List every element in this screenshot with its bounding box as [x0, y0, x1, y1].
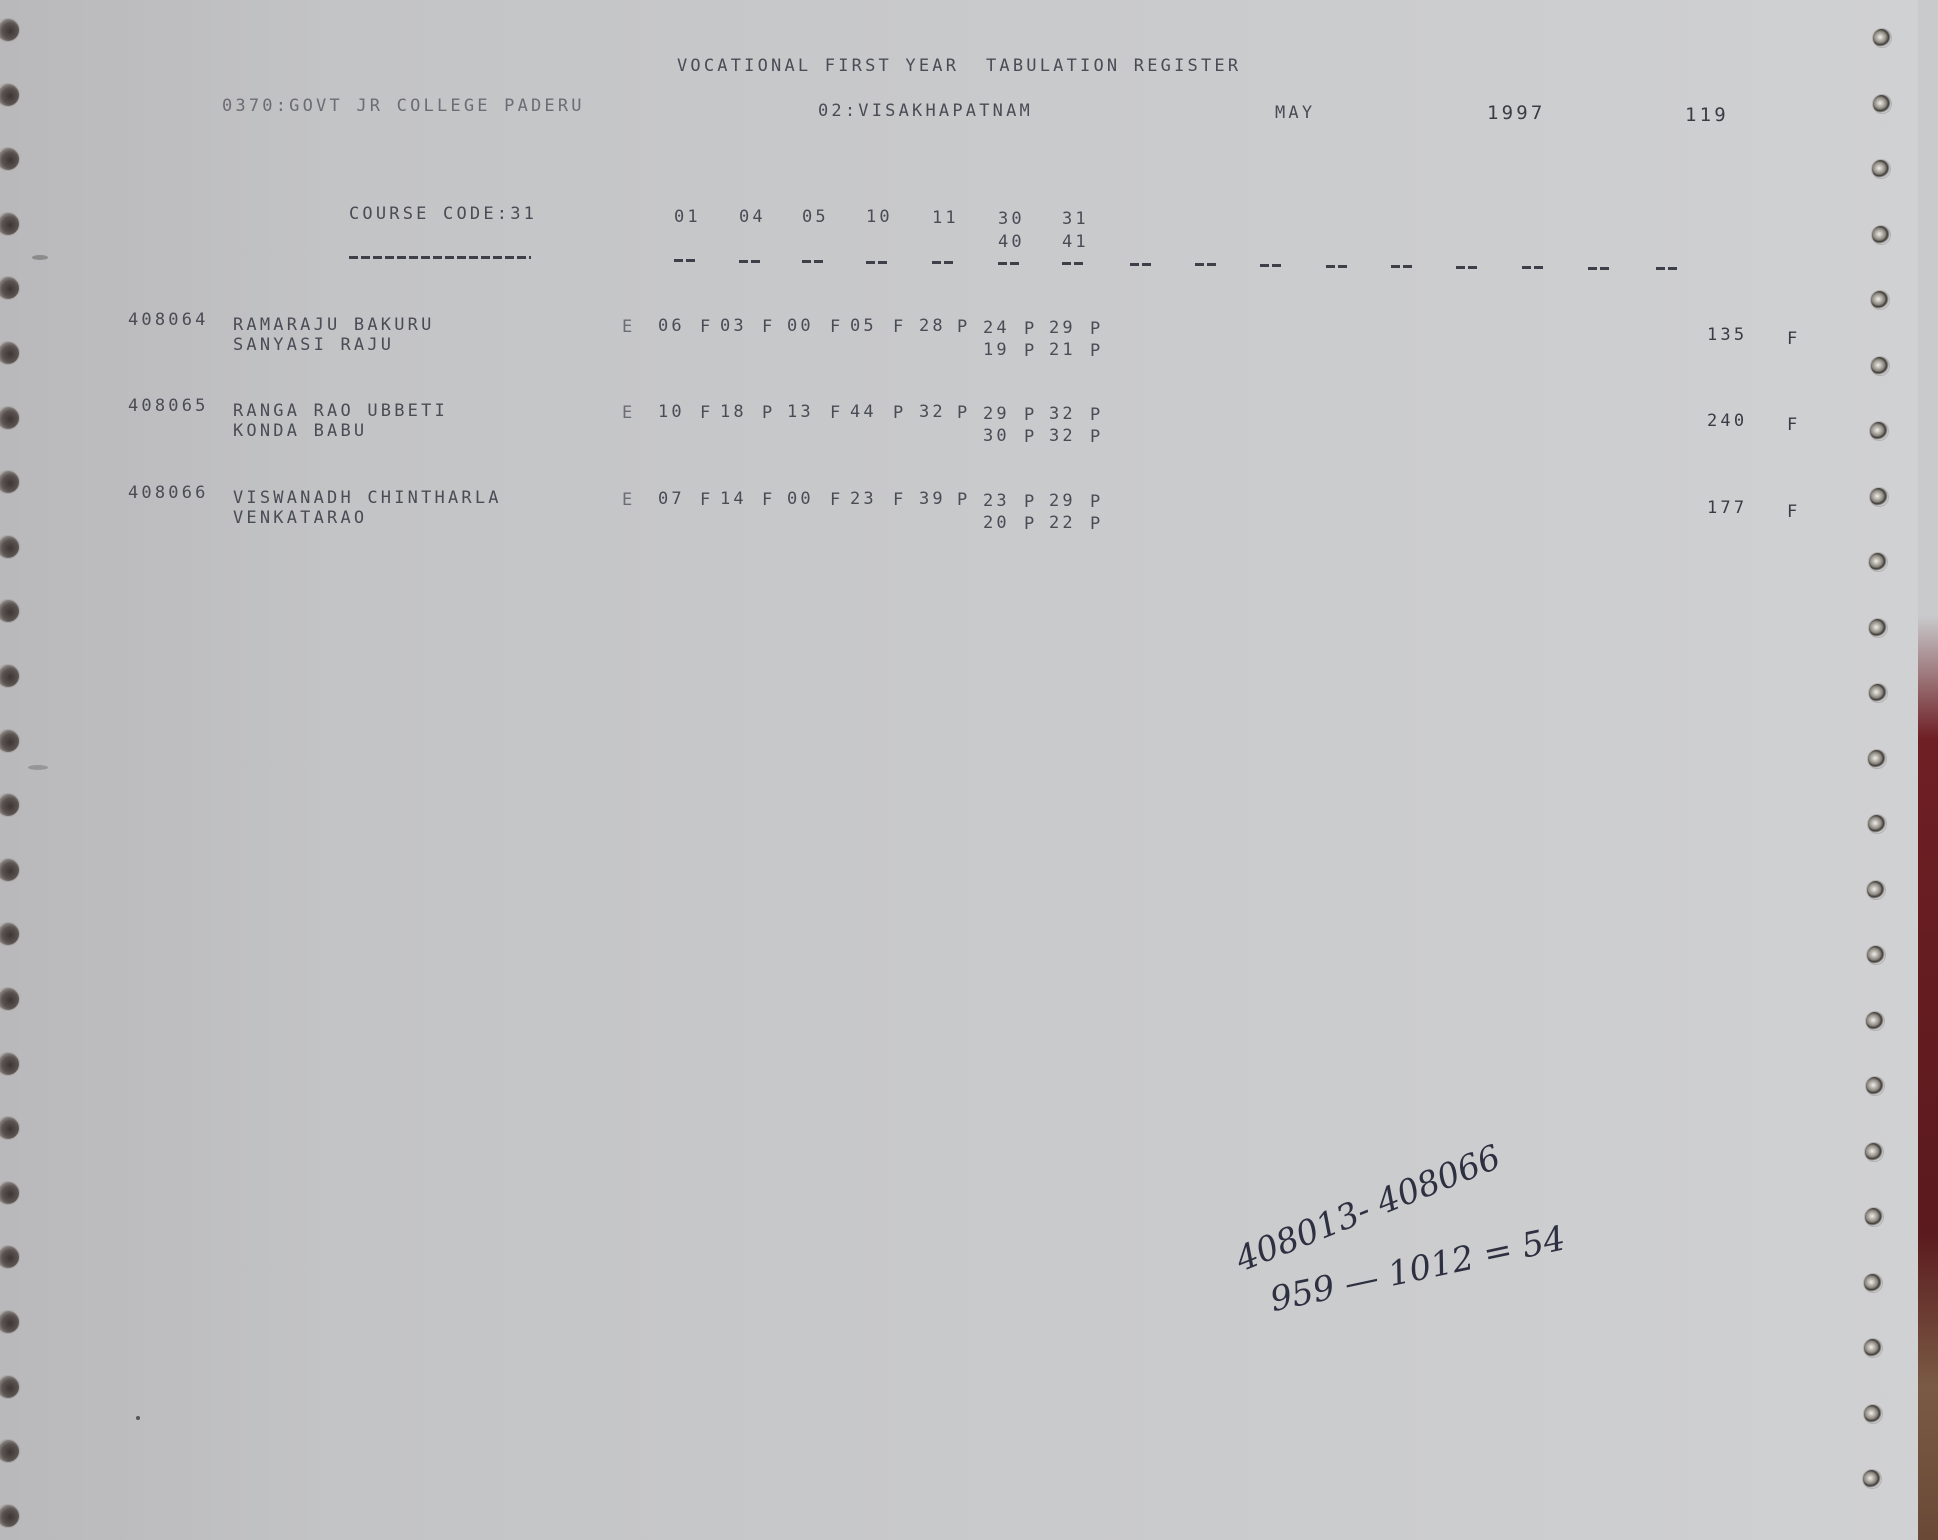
subject-code-second-line: 41	[1062, 234, 1089, 251]
subject-result: P	[1090, 494, 1103, 511]
sprocket-hole	[1865, 1011, 1885, 1031]
subject-marks-part2: 32	[1049, 428, 1076, 445]
final-result: F	[1787, 417, 1800, 434]
column-separator	[1588, 267, 1610, 270]
sprocket-hole	[0, 147, 20, 171]
student-name: RANGA RAO UBBETI	[233, 403, 448, 420]
sprocket-hole	[1872, 94, 1892, 114]
column-separator	[1326, 265, 1348, 268]
subject-code: 04	[739, 209, 766, 226]
sprocket-hole	[1864, 1142, 1884, 1162]
sprocket-hole	[0, 406, 20, 430]
sprocket-hole	[1864, 1207, 1884, 1227]
sprocket-hole	[0, 664, 20, 688]
subject-result: P	[1024, 321, 1037, 338]
subject-marks: 24	[983, 320, 1010, 337]
sprocket-hole	[1862, 1469, 1882, 1489]
subject-marks: 00	[787, 318, 814, 335]
page-number: 119	[1685, 106, 1729, 125]
subject-result: F	[700, 405, 713, 422]
subject-marks: 23	[983, 493, 1010, 510]
subject-code: 10	[866, 209, 893, 226]
subject-code: 01	[674, 209, 701, 226]
sprocket-hole	[0, 1439, 20, 1463]
subject-marks-part2: 30	[983, 428, 1010, 445]
total-marks: 135	[1707, 327, 1747, 344]
subject-marks: 32	[1049, 406, 1076, 423]
paper-mark	[28, 765, 48, 770]
column-separator	[1130, 263, 1152, 266]
sprocket-hole	[0, 470, 20, 494]
subject-result: F	[830, 319, 843, 336]
subject-code: 05	[802, 209, 829, 226]
left-tractor-feed-holes	[0, 0, 30, 1540]
subject-result: F	[762, 492, 775, 509]
sprocket-hole	[0, 341, 20, 365]
sprocket-hole	[1870, 356, 1890, 376]
register-title: VOCATIONAL FIRST YEAR TABULATION REGISTE…	[677, 58, 1241, 75]
subject-result: P	[893, 405, 906, 422]
sprocket-hole	[1869, 421, 1889, 441]
sprocket-hole	[1867, 749, 1887, 769]
subject-result: P	[957, 492, 970, 509]
subject-marks: 14	[720, 491, 747, 508]
subject-result: P	[957, 405, 970, 422]
sprocket-hole	[0, 793, 20, 817]
column-separator	[1391, 265, 1413, 268]
roll-number: 408065	[128, 398, 209, 415]
subject-marks: 13	[787, 404, 814, 421]
course-code-label: COURSE CODE:31	[349, 206, 537, 223]
subject-code: 31	[1062, 211, 1089, 228]
district-code-name: 02:VISAKHAPATNAM	[818, 103, 1033, 120]
sprocket-hole	[1871, 159, 1891, 179]
right-tractor-feed-holes	[1858, 0, 1898, 1540]
sprocket-hole	[1872, 28, 1892, 48]
sprocket-hole	[0, 83, 20, 107]
column-separator	[1062, 262, 1084, 265]
sprocket-hole	[1863, 1404, 1883, 1424]
sprocket-hole	[0, 922, 20, 946]
subject-result: F	[830, 405, 843, 422]
subject-marks: 07	[658, 491, 685, 508]
subject-result-part2: P	[1090, 429, 1103, 446]
total-marks: 177	[1707, 500, 1747, 517]
subject-marks: 06	[658, 318, 685, 335]
sprocket-hole	[1863, 1338, 1883, 1358]
subject-result: F	[762, 319, 775, 336]
column-separator	[998, 262, 1020, 265]
column-separator	[866, 261, 888, 264]
column-separator	[1656, 267, 1678, 270]
paper-mark	[32, 255, 48, 260]
sprocket-hole	[0, 18, 20, 42]
column-separator	[1260, 264, 1282, 267]
sprocket-hole	[0, 1116, 20, 1140]
subject-marks: 23	[850, 491, 877, 508]
subject-marks: 32	[919, 404, 946, 421]
sprocket-hole	[0, 599, 20, 623]
medium-code: E	[622, 405, 635, 422]
subject-marks-part2: 19	[983, 342, 1010, 359]
sprocket-hole	[0, 1375, 20, 1399]
final-result: F	[1787, 331, 1800, 348]
sprocket-hole	[0, 1504, 20, 1528]
subject-marks-part2: 22	[1049, 515, 1076, 532]
subject-result: F	[700, 492, 713, 509]
subject-marks: 05	[850, 318, 877, 335]
roll-number: 408066	[128, 485, 209, 502]
subject-marks: 29	[1049, 493, 1076, 510]
subject-result-part2: P	[1024, 516, 1037, 533]
subject-marks: 28	[919, 318, 946, 335]
sprocket-hole	[1868, 552, 1888, 572]
subject-code-second-line: 40	[998, 234, 1025, 251]
printout-sheet: VOCATIONAL FIRST YEAR TABULATION REGISTE…	[0, 0, 1918, 1540]
subject-result-part2: P	[1024, 429, 1037, 446]
sprocket-hole	[0, 858, 20, 882]
subject-result: P	[1090, 407, 1103, 424]
student-father-name: SANYASI RAJU	[233, 337, 394, 354]
sprocket-hole	[0, 1310, 20, 1334]
column-separator	[674, 259, 696, 262]
college-code-name: 0370:GOVT JR COLLEGE PADERU	[222, 98, 585, 115]
subject-result: P	[957, 319, 970, 336]
sprocket-hole	[0, 212, 20, 236]
subject-marks: 00	[787, 491, 814, 508]
subject-result: F	[700, 319, 713, 336]
subject-result: F	[830, 492, 843, 509]
roll-number: 408064	[128, 312, 209, 329]
subject-marks: 10	[658, 404, 685, 421]
student-father-name: VENKATARAO	[233, 510, 367, 527]
student-name: RAMARAJU BAKURU	[233, 317, 435, 334]
subject-result-part2: P	[1090, 516, 1103, 533]
subject-marks: 44	[850, 404, 877, 421]
column-separator	[1195, 263, 1217, 266]
subject-marks: 18	[720, 404, 747, 421]
sprocket-hole	[0, 1052, 20, 1076]
sprocket-hole	[0, 1245, 20, 1269]
column-separator	[1522, 266, 1544, 269]
sprocket-hole	[1866, 945, 1886, 965]
subject-code: 30	[998, 211, 1025, 228]
subject-result: P	[1090, 321, 1103, 338]
subject-result-part2: P	[1090, 343, 1103, 360]
subject-marks-part2: 20	[983, 515, 1010, 532]
subject-marks-part2: 21	[1049, 342, 1076, 359]
register-binding-edge	[1918, 0, 1938, 1540]
final-result: F	[1787, 504, 1800, 521]
subject-result: P	[1024, 407, 1037, 424]
sprocket-hole	[1871, 225, 1891, 245]
course-code-underline	[349, 256, 531, 259]
sprocket-hole	[1869, 487, 1889, 507]
student-name: VISWANADH CHINTHARLA	[233, 490, 502, 507]
sprocket-hole	[0, 729, 20, 753]
exam-month: MAY	[1275, 105, 1315, 122]
exam-year: 1997	[1487, 104, 1546, 123]
subject-result: F	[893, 319, 906, 336]
subject-marks: 03	[720, 318, 747, 335]
paper-speck	[136, 1416, 140, 1420]
subject-marks: 39	[919, 491, 946, 508]
sprocket-hole	[1868, 618, 1888, 638]
student-father-name: KONDA BABU	[233, 423, 367, 440]
subject-result: F	[893, 492, 906, 509]
column-separator	[1456, 266, 1478, 269]
column-separator	[802, 260, 824, 263]
sprocket-hole	[0, 276, 20, 300]
subject-result: P	[762, 405, 775, 422]
subject-result-part2: P	[1024, 343, 1037, 360]
sprocket-hole	[1863, 1273, 1883, 1293]
sprocket-hole	[0, 1181, 20, 1205]
sprocket-hole	[0, 987, 20, 1011]
sprocket-hole	[1865, 1076, 1885, 1096]
column-separator	[932, 261, 954, 264]
subject-result: P	[1024, 494, 1037, 511]
sprocket-hole	[0, 535, 20, 559]
total-marks: 240	[1707, 413, 1747, 430]
subject-code: 11	[932, 210, 959, 227]
subject-marks: 29	[983, 406, 1010, 423]
sprocket-hole	[1867, 814, 1887, 834]
sprocket-hole	[1870, 290, 1890, 310]
medium-code: E	[622, 319, 635, 336]
subject-marks: 29	[1049, 320, 1076, 337]
column-separator	[739, 260, 761, 263]
sprocket-hole	[1868, 683, 1888, 703]
medium-code: E	[622, 492, 635, 509]
sprocket-hole	[1866, 880, 1886, 900]
